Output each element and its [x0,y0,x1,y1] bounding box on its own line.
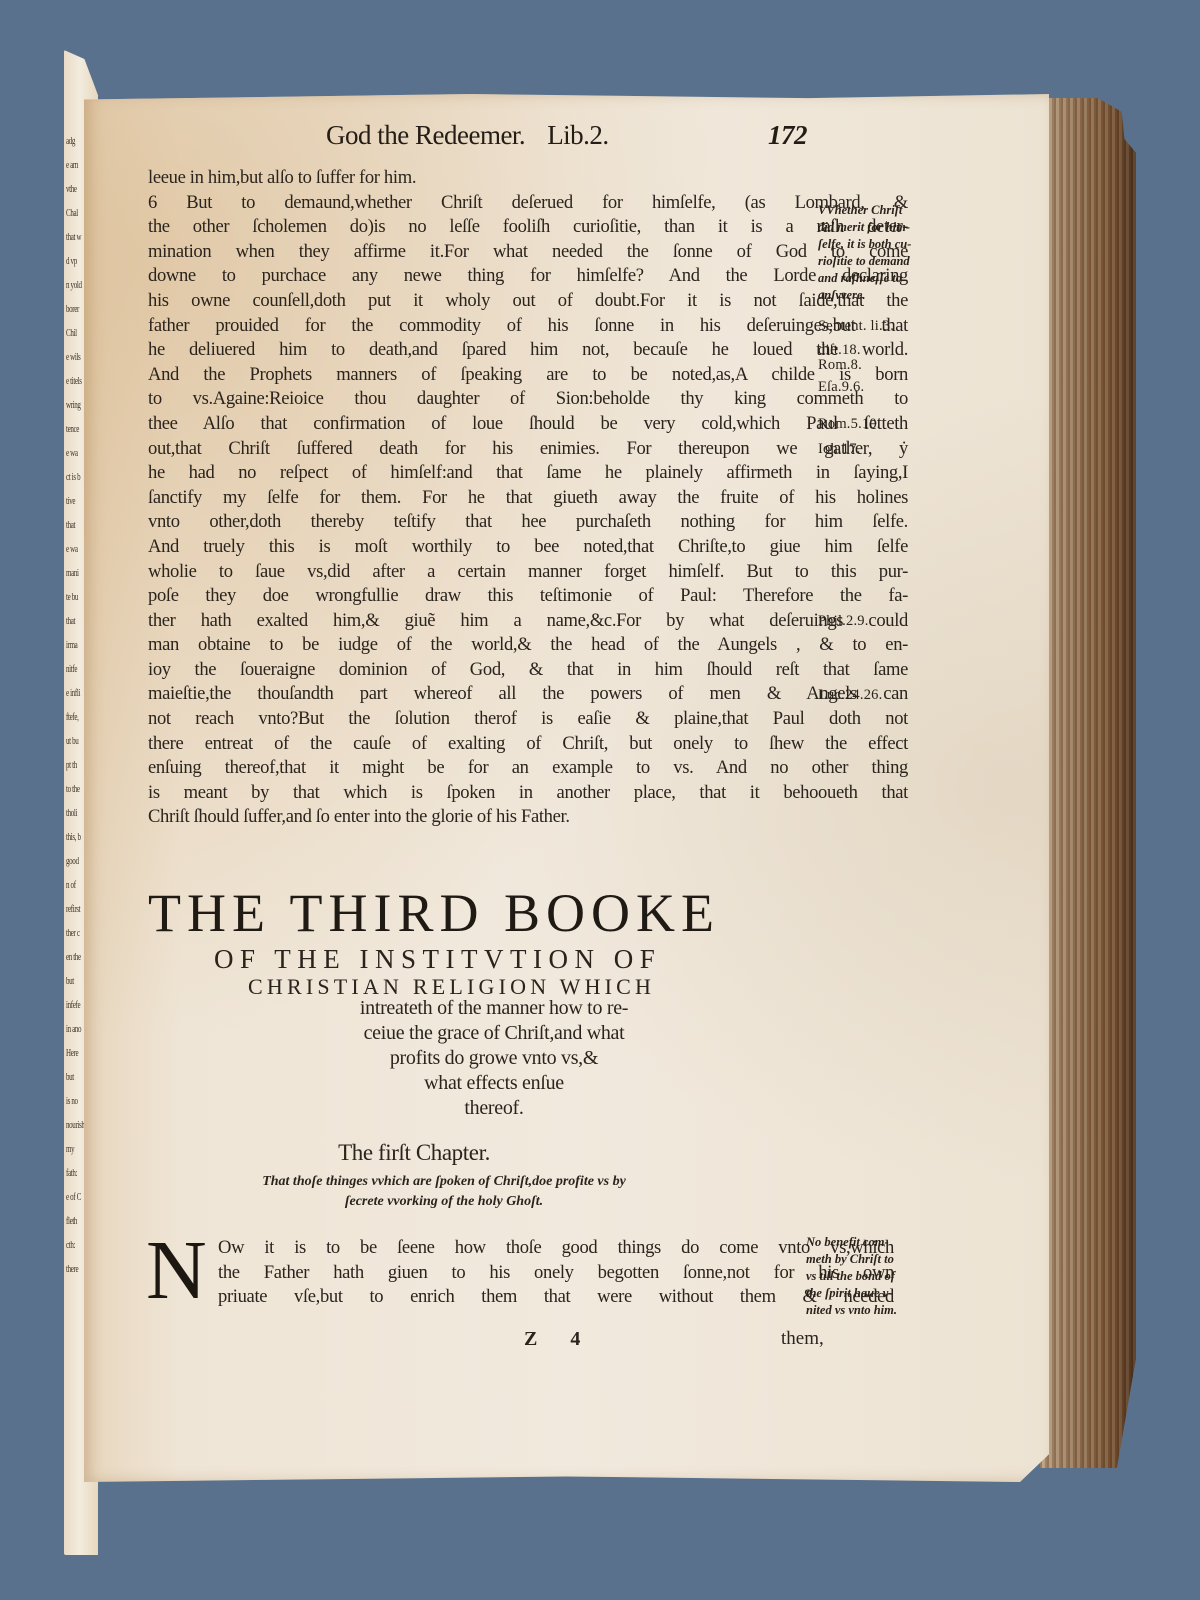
text-line: ther hath exalted him,& giuẽ him a name,… [148,609,908,634]
fragment-line: borer [66,298,87,322]
text-line: he had no reſpect of himſelf:and that ſa… [148,461,908,486]
fragment-line: e titels [66,370,87,394]
chapter-argument: That thoſe thinges vvhich are ſpoken of … [184,1172,704,1212]
text-line: 6 But to demaund,whether Chriſt deſerued… [148,191,908,216]
text-line: ſecrete vvorking of the holy Ghoſt. [184,1192,704,1212]
marginal-note-line: nited vs vnto him. [806,1302,897,1319]
fragment-line: e wils [66,346,87,370]
text-line: Chriſt ſhould ſuffer,and ſo enter into t… [148,805,908,830]
fragment-line: wring [66,394,87,418]
marginal-note-merit: VVhether Chriſtdid merit for him-ſelfe, … [818,202,911,304]
book-description: intreateth of the manner how to re-ceiue… [264,996,724,1121]
book-title: THE THIRD BOOKE [148,882,808,944]
fragment-line: vthe [66,178,87,202]
text-line: what effects enſue [264,1071,724,1096]
text-line: thereof. [264,1096,724,1121]
fragment-line: in ano [66,1018,87,1042]
text-line: out,that Chriſt ſuffered death for his e… [148,437,908,462]
text-line: mination when they affirme it.For what n… [148,240,908,265]
fragment-line: en the [66,946,87,970]
marginal-note-line: VVhether Chriſt [818,202,911,219]
fragment-line: ther c [66,922,87,946]
text-line: leeue in him,but alſo to ſuffer for him. [148,166,908,191]
fragment-line: pt th [66,754,87,778]
scripture-reference: Luc.24.26. [818,687,882,704]
fragment-line: n yold [66,274,87,298]
fragment-line: that [66,610,87,634]
text-line: ioy the ſoueraigne dominion of God, & th… [148,658,908,683]
marginal-note-line: anſvvere. [818,287,911,304]
fragment-line: that w [66,226,87,250]
text-line: thee Alſo that confirmation of loue ſhou… [148,412,908,437]
text-line: maieſtie,the thouſandth part whereof all… [148,682,908,707]
text-line: downe to purchace any newe thing for him… [148,264,908,289]
fragment-line: ct is b [66,466,87,490]
fragment-line: te bu [66,586,87,610]
fragment-line: adg [66,130,87,154]
text-line: ceiue the grace of Chriſt,and what [264,1021,724,1046]
fragment-line: tence [66,418,87,442]
left-page-text-fragments: adge arnvtheChalthat wd vpn yoldborerChi… [66,130,87,1282]
fragment-line: Chil [66,322,87,346]
fragment-line: but [66,1066,87,1090]
marginal-note-benefit: No benefit com-meth by Chriſt tovs till … [806,1234,897,1319]
fragment-line: tholi [66,802,87,826]
text-line: there entreat of the cauſe of exalting o… [148,732,908,757]
text-line: he deliuered him to death,and ſpared him… [148,338,908,363]
scripture-reference: Phil.2.9. [818,613,869,630]
fragment-line: e wa [66,538,87,562]
fragment-line: e of C [66,1186,87,1210]
running-head-title: God the Redeemer. [326,120,525,150]
text-line: his owne counſell,doth put it wholy out … [148,289,908,314]
text-line: wholie to ſaue vs,did after a certain ma… [148,560,908,585]
text-line: profits do growe vnto vs,& [264,1046,724,1071]
signature-mark: Z 4 [524,1328,594,1351]
marginal-note-line: rioſitie to demand [818,253,911,270]
fragment-line: is no [66,1090,87,1114]
first-paragraph: Ow it is to be ſeene how thoſe good thin… [218,1236,894,1310]
chapter-title: The firſt Chapter. [84,1140,744,1166]
text-line: man obtaine to be iudge of the world,& t… [148,633,908,658]
fragment-line: Chal [66,202,87,226]
fragment-line: cth: [66,1234,87,1258]
marginal-note-line: vs till the bond of [806,1268,897,1285]
fragment-line: ut bu [66,730,87,754]
text-line: And the Prophets manners of ſpeaking are… [148,363,908,388]
text-line: enſuing thereof,that it might be for an … [148,756,908,781]
text-line: priuate vſe,but to enrich them that were… [218,1285,894,1310]
text-line: not reach vnto?But the ſolution therof i… [148,707,908,732]
text-line: is meant by that which is ſpoken in anot… [148,781,908,806]
fragment-line: fleth [66,1210,87,1234]
text-line: to vs.Againe:Reioice thou daughter of Si… [148,387,908,412]
book-page: God the Redeemer.Lib.2. 172 leeue in him… [84,94,1049,1482]
scripture-reference: Rom.8. [818,357,862,374]
scripture-reference: Ioh.17. [818,441,860,458]
scripture-reference: Eſa.9.6. [818,379,864,396]
fragment-line: e infli [66,682,87,706]
text-line: poſe they doe wrongfullie draw this teſt… [148,584,908,609]
fragment-line: but [66,970,87,994]
text-line: Ow it is to be ſeene how thoſe good thin… [218,1236,894,1261]
text-line: the Father hath giuen to his onely begot… [218,1261,894,1286]
fragment-line: there [66,1258,87,1282]
fragment-line: tive [66,490,87,514]
fragment-line: irma [66,634,87,658]
fragment-line: nitfe [66,658,87,682]
fragment-line: e arn [66,154,87,178]
text-line: intreateth of the manner how to re- [264,996,724,1021]
marginal-note-line: No benefit com- [806,1234,897,1251]
marginal-note-line: did merit for him- [818,219,911,236]
fragment-line: ftefe, [66,706,87,730]
fragment-line: n of [66,874,87,898]
fragment-line: that [66,514,87,538]
fragment-line: nourish [66,1114,87,1138]
fragment-line: infefe [66,994,87,1018]
marginal-note-line: ſelfe, it is both cu- [818,236,911,253]
page-number: 172 [768,120,807,151]
fragment-line: mani [66,562,87,586]
text-line: That thoſe thinges vvhich are ſpoken of … [184,1172,704,1192]
book-subtitle-line1: OF THE INSTITVTION OF [214,944,661,975]
marginal-note-line: meth by Chriſt to [806,1251,897,1268]
drop-cap: N [146,1234,207,1308]
fragment-line: refirst [66,898,87,922]
fragment-line: good [66,850,87,874]
catchword: them, [781,1328,824,1350]
fragment-line: d vp [66,250,87,274]
text-line: ſanctify my ſelfe for them. For he that … [148,486,908,511]
fragment-line: to the [66,778,87,802]
body-text: leeue in him,but alſo to ſuffer for him.… [148,166,908,830]
text-line: vnto other,doth thereby teſtify that hee… [148,510,908,535]
marginal-note-line: and raſhneſſe to [818,270,911,287]
text-line: the other ſcholemen do)is no leſſe fooli… [148,215,908,240]
fragment-line: fath: [66,1162,87,1186]
fragment-line: Here [66,1042,87,1066]
fragment-line: my [66,1138,87,1162]
scripture-reference: Rom.5.10. [818,416,881,433]
running-head: God the Redeemer.Lib.2. 172 [326,120,609,151]
marginal-note-line: the ſpirit haue v- [806,1285,897,1302]
scripture-reference: Sentent. li.3. [818,318,894,335]
fragment-line: e wa [66,442,87,466]
text-line: And truely this is moſt worthily to bee … [148,535,908,560]
running-head-book: Lib.2. [547,120,609,150]
fragment-line: this, b [66,826,87,850]
text-line: father prouided for the commodity of his… [148,314,908,339]
book-fore-edge [1040,98,1136,1468]
